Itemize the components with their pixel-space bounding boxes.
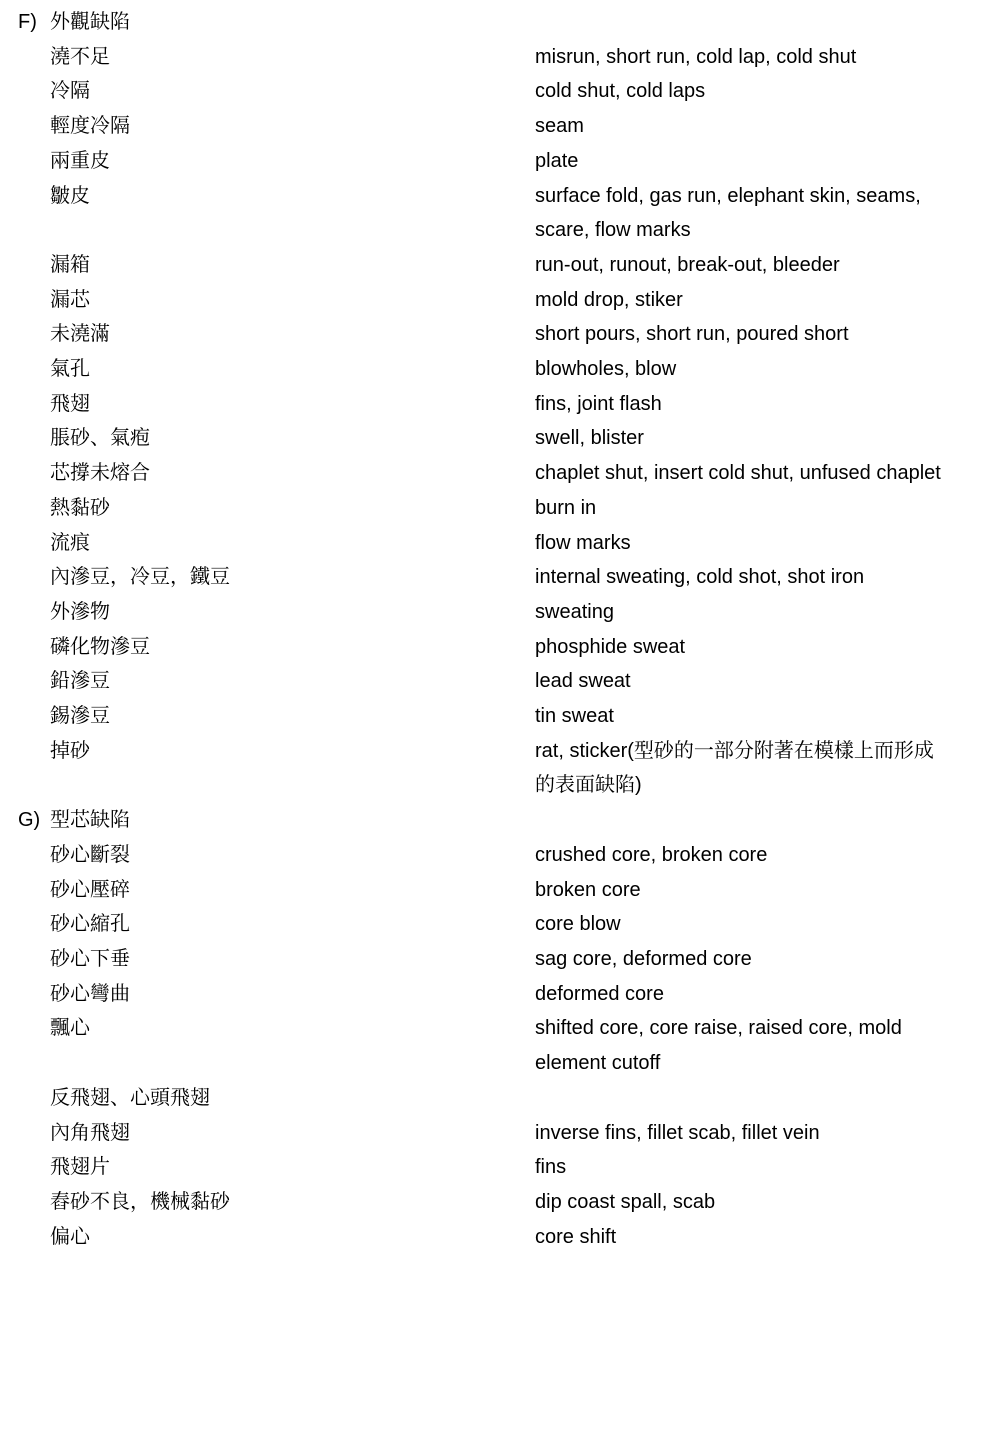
glossary-row: 芯撐未熔合 chaplet shut, insert cold shut, un… [0,456,1000,491]
term-chinese: 舂砂不良，機械黏砂 [50,1185,535,1220]
term-chinese: 熱黏砂 [50,491,535,526]
definition-english: misrun, short run, cold lap, cold shut [535,40,1000,75]
section-letter: F) [18,5,50,40]
term-chinese: 偏心 [50,1220,535,1255]
definition-english: surface fold, gas run, elephant skin, se… [535,179,1000,248]
definition-english: internal sweating, cold shot, shot iron [535,560,1000,595]
glossary-row: 飛翅 fins, joint flash [0,387,1000,422]
glossary-row: 熱黏砂 burn in [0,491,1000,526]
term-chinese: 錫滲豆 [50,699,535,734]
term-chinese: 皺皮 [50,179,535,214]
glossary-row: 飄心 shifted core, core raise, raised core… [0,1011,1000,1080]
term-chinese: 澆不足 [50,40,535,75]
term-chinese: 內角飛翅 [50,1116,535,1151]
definition-english: sag core, deformed core [535,942,1000,977]
glossary-row: 外滲物 sweating [0,595,1000,630]
definition-english: plate [535,144,1000,179]
glossary-row: 漏芯 mold drop, stiker [0,283,1000,318]
section-header: F) 外觀缺陷 [0,5,1000,40]
definition-english: shifted core, core raise, raised core, m… [535,1011,1000,1080]
glossary-row: 內滲豆，冷豆，鐵豆 internal sweating, cold shot, … [0,560,1000,595]
term-chinese: 飛翅片 [50,1150,535,1185]
term-chinese: 未澆滿 [50,317,535,352]
definition-english: run-out, runout, break-out, bleeder [535,248,1000,283]
glossary-row: 鉛滲豆 lead sweat [0,664,1000,699]
definition-english: core shift [535,1220,1000,1255]
glossary-row: 輕度冷隔 seam [0,109,1000,144]
glossary-row: 兩重皮 plate [0,144,1000,179]
glossary-row: 未澆滿 short pours, short run, poured short [0,317,1000,352]
glossary-row: 反飛翅、心頭飛翅 [0,1081,1000,1116]
term-chinese: 內滲豆，冷豆，鐵豆 [50,560,535,595]
definition-english: mold drop, stiker [535,283,1000,318]
term-chinese: 掉砂 [50,734,535,769]
term-chinese: 砂心壓碎 [50,873,535,908]
document-page: F) 外觀缺陷 澆不足 misrun, short run, cold lap,… [0,0,1000,1254]
definition-english: crushed core, broken core [535,838,1000,873]
glossary-row: 皺皮 surface fold, gas run, elephant skin,… [0,179,1000,248]
term-chinese: 漏箱 [50,248,535,283]
definition-english: lead sweat [535,664,1000,699]
definition-english: rat, sticker(型砂的一部分附著在模樣上而形成 的表面缺陷) [535,734,1000,803]
definition-english: swell, blister [535,421,1000,456]
definition-english: cold shut, cold laps [535,74,1000,109]
glossary-row: 內角飛翅 inverse fins, fillet scab, fillet v… [0,1116,1000,1151]
term-chinese: 砂心縮孔 [50,907,535,942]
glossary-row: 砂心下垂 sag core, deformed core [0,942,1000,977]
definition-english: tin sweat [535,699,1000,734]
definition-english: phosphide sweat [535,630,1000,665]
term-chinese: 砂心下垂 [50,942,535,977]
glossary-row: 砂心縮孔 core blow [0,907,1000,942]
glossary-row: 偏心 core shift [0,1220,1000,1255]
term-chinese: 流痕 [50,526,535,561]
term-chinese: 脹砂、氣疱 [50,421,535,456]
definition-english: core blow [535,907,1000,942]
definition-english: short pours, short run, poured short [535,317,1000,352]
term-chinese: 磷化物滲豆 [50,630,535,665]
glossary-row: 脹砂、氣疱 swell, blister [0,421,1000,456]
glossary-row: 漏箱 run-out, runout, break-out, bleeder [0,248,1000,283]
definition-english: blowholes, blow [535,352,1000,387]
term-chinese: 兩重皮 [50,144,535,179]
definition-english: flow marks [535,526,1000,561]
definition-english: seam [535,109,1000,144]
glossary-row: 砂心斷裂 crushed core, broken core [0,838,1000,873]
definition-english: dip coast spall, scab [535,1185,1000,1220]
section-title: 型芯缺陷 [50,803,130,838]
glossary-row: 磷化物滲豆 phosphide sweat [0,630,1000,665]
definition-english: burn in [535,491,1000,526]
term-chinese: 砂心彎曲 [50,977,535,1012]
term-chinese: 飛翅 [50,387,535,422]
definition-english: broken core [535,873,1000,908]
term-chinese: 外滲物 [50,595,535,630]
glossary-row: 飛翅片 fins [0,1150,1000,1185]
glossary-row: 流痕 flow marks [0,526,1000,561]
glossary-row: 砂心壓碎 broken core [0,873,1000,908]
glossary-row: 錫滲豆 tin sweat [0,699,1000,734]
definition-english: deformed core [535,977,1000,1012]
definition-english: fins, joint flash [535,387,1000,422]
glossary-row: 砂心彎曲 deformed core [0,977,1000,1012]
term-chinese: 芯撐未熔合 [50,456,535,491]
term-chinese: 輕度冷隔 [50,109,535,144]
term-chinese: 飄心 [50,1011,535,1046]
term-chinese: 氣孔 [50,352,535,387]
definition-english: chaplet shut, insert cold shut, unfused … [535,456,1000,491]
glossary-row: 氣孔 blowholes, blow [0,352,1000,387]
term-chinese: 鉛滲豆 [50,664,535,699]
term-chinese: 漏芯 [50,283,535,318]
glossary-row: 舂砂不良，機械黏砂 dip coast spall, scab [0,1185,1000,1220]
glossary-row: 掉砂 rat, sticker(型砂的一部分附著在模樣上而形成 的表面缺陷) [0,734,1000,803]
section-title: 外觀缺陷 [50,5,130,40]
definition-english: inverse fins, fillet scab, fillet vein [535,1116,1000,1151]
term-chinese: 冷隔 [50,74,535,109]
definition-english: fins [535,1150,1000,1185]
term-chinese: 反飛翅、心頭飛翅 [50,1081,535,1116]
section-letter: G) [18,803,50,838]
glossary-row: 冷隔 cold shut, cold laps [0,74,1000,109]
glossary-row: 澆不足 misrun, short run, cold lap, cold sh… [0,40,1000,75]
definition-english: sweating [535,595,1000,630]
term-chinese: 砂心斷裂 [50,838,535,873]
section-header: G) 型芯缺陷 [0,803,1000,838]
